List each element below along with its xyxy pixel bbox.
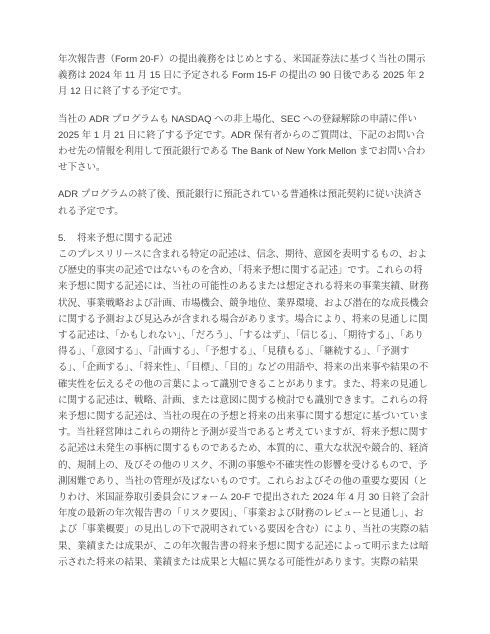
paragraph-disclosure-obligation: 年次報告書（Form 20-F）の提出義務をはじめとする、米国証券法に基づく当社…: [58, 52, 432, 101]
forward-looking-statements-section: 5.将来予想に関する記述 このプレスリリースに含まれる特定の記述は、信念、期待、…: [58, 231, 432, 571]
section-title: 将来予想に関する記述: [77, 233, 172, 244]
press-release-page: 年次報告書（Form 20-F）の提出義務をはじめとする、米国証券法に基づく当社…: [0, 0, 490, 634]
section-heading: 5.将来予想に関する記述: [58, 231, 432, 247]
paragraph-adr-program-termination: 当社の ADR プログラムも NASDAQ への非上場化、SEC への登録解除の…: [58, 112, 432, 177]
paragraph-forward-looking-body: このプレスリリースに含まれる特定の記述は、信念、期待、意図を表明するもの、および…: [58, 247, 432, 571]
section-number: 5.: [58, 231, 77, 247]
paragraph-adr-settlement: ADR プログラムの終了後、預託銀行に預託されている普通株は預託契約に従い決済さ…: [58, 187, 432, 219]
